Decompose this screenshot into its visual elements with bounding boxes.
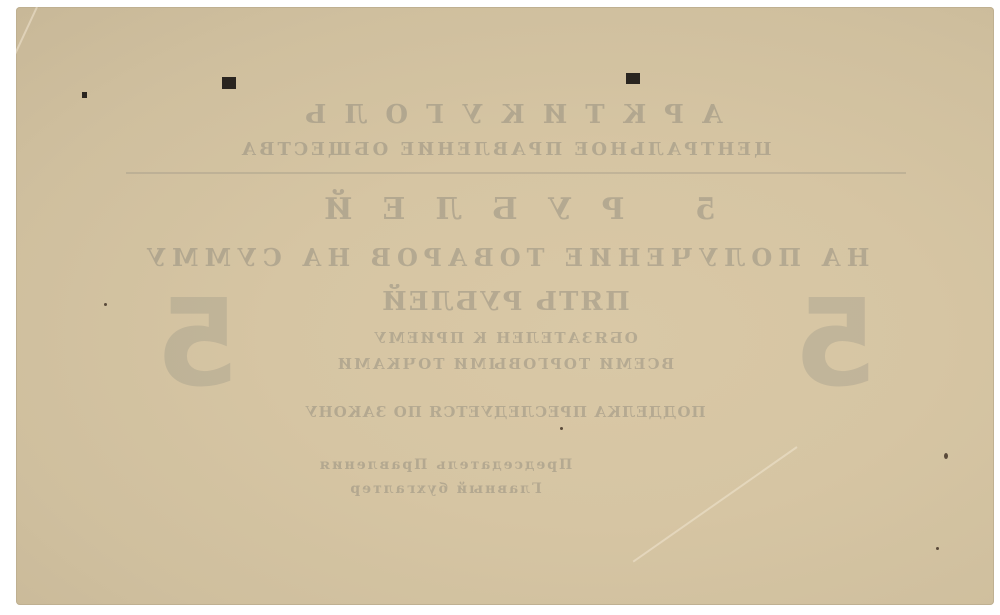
ink-spot	[222, 77, 236, 89]
subtitle-text: ЦЕНТРАЛЬНОЕ ПРАВЛЕНИЕ ОБЩЕСТВА	[16, 139, 994, 160]
title-text: АРКТИКУГОЛЬ	[16, 100, 994, 130]
denomination-text: 5 РУБЛЕЙ	[16, 192, 994, 227]
speck	[944, 453, 948, 459]
numeral-right: 5	[794, 275, 878, 414]
ink-spot	[82, 92, 87, 98]
speck	[560, 427, 563, 430]
speck	[936, 547, 939, 550]
top-rule	[126, 172, 906, 174]
signature-sub: Главный бухгалтер	[16, 481, 934, 497]
purpose-text: НА ПОЛУЧЕНИЕ ТОВАРОВ НА СУММУ	[16, 243, 994, 272]
ink-spot	[626, 73, 640, 84]
banknote-reverse: АРКТИКУГОЛЬ ЦЕНТРАЛЬНОЕ ПРАВЛЕНИЕ ОБЩЕСТ…	[16, 7, 994, 605]
numeral-left: 5	[156, 275, 240, 414]
signature-label: Председатель Правления	[16, 457, 934, 473]
